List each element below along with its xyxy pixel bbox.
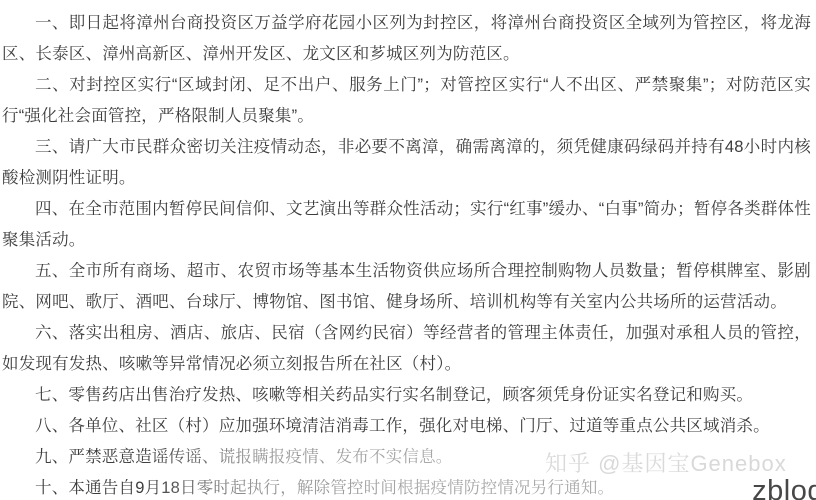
notice-paragraph-9: 九、严禁恶意造谣传谣、谎报瞒报疫情、发布不实信息。 xyxy=(2,442,811,473)
notice-paragraph-10: 十、本通告自9月18日零时起执行，解除管控时间根据疫情防控情况另行通知。 xyxy=(2,473,811,500)
notice-paragraph-7: 七、零售药店出售治疗发热、咳嗽等相关药品实行实名制登记，顾客须凭身份证实名登记和… xyxy=(2,380,811,411)
notice-paragraph-2: 二、对封控区实行“区域封闭、足不出户、服务上门”；对管控区实行“人不出区、严禁聚… xyxy=(2,70,811,132)
notice-paragraph-8: 八、各单位、社区（村）应加强环境清洁消毒工作，强化对电梯、门厅、过道等重点公共区… xyxy=(2,411,811,442)
notice-paragraph-1: 一、即日起将漳州台商投资区万益学府花园小区列为封控区，将漳州台商投资区全域列为管… xyxy=(2,8,811,70)
notice-text-block: 一、即日起将漳州台商投资区万益学府花园小区列为封控区，将漳州台商投资区全域列为管… xyxy=(2,8,811,500)
notice-paragraph-6: 六、落实出租房、酒店、旅店、民宿（含网约民宿）等经营者的管理主体责任，加强对承租… xyxy=(2,318,811,380)
notice-paragraph-4: 四、在全市范围内暂停民间信仰、文艺演出等群众性活动；实行“红事”缓办、“白事”简… xyxy=(2,194,811,256)
notice-paragraph-3: 三、请广大市民群众密切关注疫情动态，非必要不离漳，确需离漳的，须凭健康码绿码并持… xyxy=(2,132,811,194)
notice-paragraph-5: 五、全市所有商场、超市、农贸市场等基本生活物资供应场所合理控制购物人员数量；暂停… xyxy=(2,256,811,318)
notice-document-page: 一、即日起将漳州台商投资区万益学府花园小区列为封控区，将漳州台商投资区全域列为管… xyxy=(0,0,816,500)
